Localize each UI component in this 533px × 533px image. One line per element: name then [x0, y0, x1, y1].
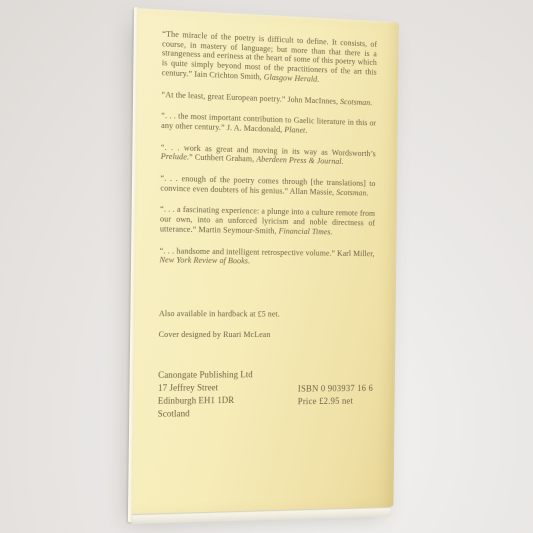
- review-quote: “At the least, great European poetry.” J…: [161, 90, 376, 108]
- quote-text: .: [330, 227, 332, 236]
- imprint-row: Canongate Publishing Ltd 17 Jeffrey Stre…: [158, 368, 374, 421]
- book-back-cover: “The miracle of the poetry is difficult …: [131, 8, 399, 514]
- availability-note: Also available in hardback at £5 net.: [159, 309, 374, 319]
- publisher-name: Canongate Publishing Ltd: [158, 369, 253, 382]
- quote-text: .: [341, 158, 343, 167]
- quote-text: .: [248, 257, 250, 266]
- publisher-address-line: Scotland: [158, 407, 253, 421]
- photo-scene: “The miracle of the poetry is difficult …: [0, 0, 533, 533]
- price-text: Price £2.95 net: [298, 395, 373, 408]
- publication-title: New York Review of Books: [159, 256, 248, 266]
- publication-title: Scotsman: [340, 97, 370, 107]
- cover-content: “The miracle of the poetry is difficult …: [131, 8, 399, 514]
- quote-text: .” Cuthbert Graham,: [187, 153, 256, 164]
- quote-text: .: [317, 75, 319, 84]
- publication-title: Planet: [284, 125, 305, 134]
- publication-title: Scotsman: [336, 188, 366, 197]
- quote-text: “At the least, great European poetry.” J…: [161, 90, 340, 106]
- publication-title: Aberdeen Press & Journal: [256, 155, 341, 166]
- review-quote: “. . . handsome and intelligent retrospe…: [159, 246, 374, 268]
- publication-title: Financial Times: [279, 226, 331, 236]
- publication-title: Glasgow Herald: [264, 72, 317, 83]
- quote-text: .: [370, 98, 372, 107]
- isbn-text: ISBN 0 903937 16 6: [298, 383, 373, 396]
- quote-text: “. . . a fascinating experience: a plung…: [160, 205, 375, 235]
- isbn-price-block: ISBN 0 903937 16 6 Price £2.95 net: [298, 383, 373, 408]
- review-quote: “. . . the most important contribution t…: [161, 111, 376, 138]
- cover-designer-credit: Cover designed by Ruari McLean: [159, 330, 374, 340]
- quote-text: .: [366, 189, 368, 198]
- quotes-list: “The miracle of the poetry is difficult …: [159, 29, 377, 267]
- review-quote: “. . . enough of the poetry comes throug…: [160, 174, 375, 198]
- review-quote: “. . . work as great and moving in its w…: [161, 142, 376, 167]
- publication-title: Prelude: [161, 152, 187, 162]
- quote-text: “. . . the most important contribution t…: [161, 111, 376, 134]
- review-quote: “The miracle of the poetry is difficult …: [162, 29, 377, 86]
- review-quote: “. . . a fascinating experience: a plung…: [160, 205, 375, 238]
- quote-text: .: [305, 126, 307, 135]
- publisher-address-line: 17 Jeffrey Street: [158, 382, 253, 396]
- publisher-address-line: Edinburgh EH1 1DR: [158, 394, 253, 408]
- publisher-block: Canongate Publishing Ltd 17 Jeffrey Stre…: [158, 369, 253, 421]
